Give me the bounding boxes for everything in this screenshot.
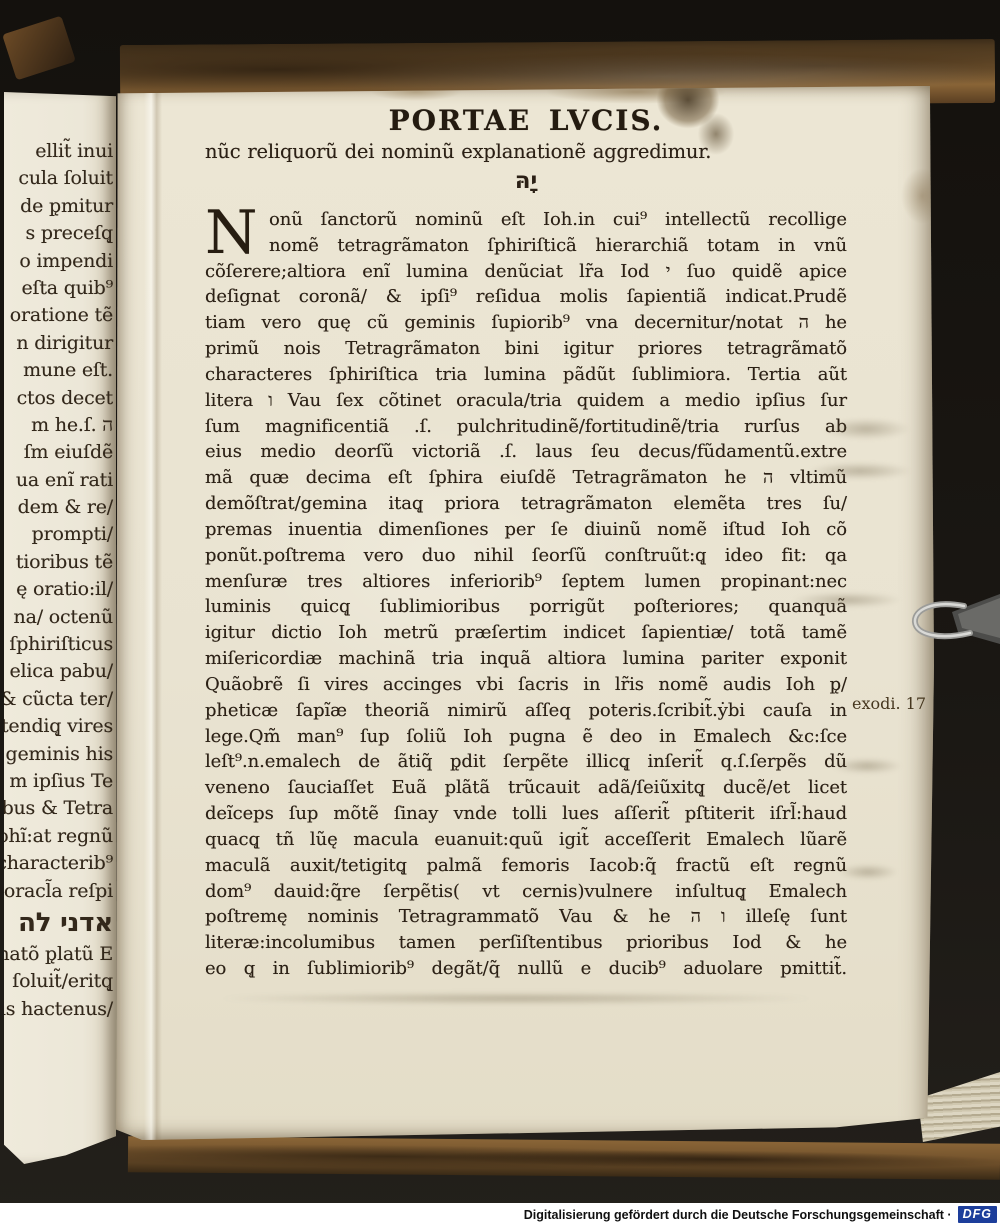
text-line: maculã auxit/tetigitq̨ palmã femoris Iac…	[205, 853, 847, 879]
book-page: PORTAE LVCIS. nũc reliquorũ dei nominũ e…	[116, 86, 934, 1140]
fragment-text-line: elica pabu/	[4, 658, 113, 685]
fragment-text-line: oratione tẽ	[4, 302, 113, 329]
fragment-text-line: m ipſius Te	[4, 768, 113, 795]
digitization-credit-bar: Digitalisierung gefördert durch die Deut…	[0, 1203, 1000, 1226]
text-line: miſericordiæ machinã tria inquã altiora …	[205, 646, 847, 672]
page-stack-fore-edge	[918, 1072, 1000, 1142]
text-line: quacq̨ tñ lũę macula euanuit:quũ igit̃ a…	[205, 827, 847, 853]
text-line: characteres ſphiriſtica tria lumina pãdũ…	[205, 362, 847, 388]
text-block: N onũ ſanctorũ nominũ eſt Ioh.in cui⁹ in…	[205, 207, 847, 982]
fragment-text-line: geminis his	[4, 741, 113, 768]
fragment-text-line: ſphiriſticus	[4, 631, 113, 658]
text-line: primũ nois Tetragrãmaton bini igitur pri…	[205, 336, 847, 362]
fragment-text-column: ellit̃ inui cula ſoluit de p̨mitur s pre…	[4, 138, 113, 1023]
fragment-text-line: tioribus tẽ	[4, 549, 113, 576]
margin-note: exodi. 17	[852, 694, 926, 713]
fragment-text-line: tendiq̨ vires	[4, 713, 113, 740]
intro-line: nũc reliquorũ dei nominũ explanationẽ ag…	[205, 140, 847, 163]
text-line: igitur dictio Ioh metrũ præſertim indice…	[205, 620, 847, 646]
text-line: demõſtrat/gemina itaq̨ priora tetragrãma…	[205, 491, 847, 517]
fragment-text-line: אדני לה	[4, 905, 113, 941]
text-line: lege.Qm̃ man⁹ ſup ſoliũ Ioh pugna ẽ deo …	[205, 724, 847, 750]
fragment-text-line: m he.ſ. ה	[4, 412, 113, 439]
fragment-text-line: ua enĩ rati	[4, 467, 113, 494]
text-line: litera ו Vau ſex cõtinet oracula/tria qu…	[205, 388, 847, 414]
fragment-text-line: characterib⁹	[4, 850, 113, 877]
text-line: dom⁹ dauid:q̃re ſerpẽtis( vt cernis)vuln…	[205, 879, 847, 905]
text-line: ponũt.poſtrema vero duo nihil ſeorſũ con…	[205, 543, 847, 569]
credit-text: Digitalisierung gefördert durch die Deut…	[524, 1208, 952, 1222]
text-line: ſum magnificentiã .ſ. pulchritudinẽ/fort…	[205, 414, 847, 440]
text-line: pheticæ ſapĩæ theoriã nimirũ aſſeq poter…	[205, 698, 847, 724]
ink-show-through	[216, 992, 816, 1005]
text-line: menſuræ tres altiores inferiorib⁹ ſeptem…	[205, 569, 847, 595]
fragment-text-line: ohĩ:at regnũ	[4, 823, 113, 850]
fragment-text-line: ctos decet	[4, 385, 113, 412]
text-line: luminis quicq̨ ſublimioribus porrigũt po…	[205, 594, 847, 620]
fragment-text-line: bus & Tetra	[4, 795, 113, 822]
text-line: Quãobrẽ ſi vires accinges vbi ſacris in …	[205, 672, 847, 698]
text-line: nomẽ tetragrãmaton ſphiriſticã hierarchi…	[205, 233, 847, 259]
fragment-text-line: ſm eiuſdẽ	[4, 439, 113, 466]
book-corner-fragment	[2, 16, 76, 81]
page-holder-clip	[906, 592, 1000, 654]
text-line: veneno ſauciaſſet Euã plãtã trũcauit adã…	[205, 775, 847, 801]
fragment-text-line: matõ p̨latũ E	[4, 941, 113, 968]
book-bottom-edge	[128, 1136, 1000, 1180]
fragment-text-line: o impendi	[4, 248, 113, 275]
text-line: cõſerere;altiora enĩ lumina denũciat lr̃…	[205, 259, 847, 285]
text-line: literæ:incolumibus tamen perſiſtentibus …	[205, 930, 847, 956]
dropcap-initial: N	[205, 208, 257, 258]
hebrew-word: יָהּ	[205, 168, 847, 194]
fragment-text-line: ę oratio:il/	[4, 576, 113, 603]
fragment-text-line: de p̨mitur	[4, 193, 113, 220]
fragment-text-line: prompti/	[4, 521, 113, 548]
text-line: eo q̨ in ſublimiorib⁹ degãt/q̃ nullũ e d…	[205, 956, 847, 982]
text-line: tiam vero quę cũ geminis ſupiorib⁹ vna d…	[205, 310, 847, 336]
text-line: deſignat coronã/ & ipſi⁹ reſidua molis ſ…	[205, 284, 847, 310]
fragment-text-line: mune eſt.	[4, 357, 113, 384]
fragment-text-line: s preceſq̨	[4, 220, 113, 247]
fragment-text-line: oracl̃a reſpi	[4, 878, 113, 905]
fragment-text-line: eſta quib⁹	[4, 275, 113, 302]
fragment-text-line: ellit̃ inui	[4, 138, 113, 165]
ink-show-through	[838, 864, 898, 880]
text-line: poſtremę nominis Tetragrammatõ Vau & he …	[205, 904, 847, 930]
left-page-fragment: ellit̃ inui cula ſoluit de p̨mitur s pre…	[4, 92, 116, 1164]
text-line: onũ ſanctorũ nominũ eſt Ioh.in cui⁹ inte…	[205, 207, 847, 233]
text-line: premas inuentia dimenſiones per ſe diuin…	[205, 517, 847, 543]
book-scan: ellit̃ inui cula ſoluit de p̨mitur s pre…	[0, 0, 1000, 1226]
fragment-text-line: dem & re/	[4, 494, 113, 521]
text-line: deĩceps ſup mõtẽ ſinay vnde tolli lues a…	[205, 801, 847, 827]
fragment-text-line: na/ octenũ	[4, 604, 113, 631]
fragment-text-line: & cũcta ter/	[4, 686, 113, 713]
dfg-logo: DFG	[958, 1206, 997, 1223]
text-line: eius medio deorſũ victoriã .ſ. laus ſeu …	[205, 439, 847, 465]
text-line: mã quæ decima eſt ſphira eiuſdẽ Tetragrã…	[205, 465, 847, 491]
fragment-text-line: bis hactenus/	[4, 996, 113, 1023]
fragment-text-line: ſoluit̃/eritq̨	[4, 968, 113, 995]
page-title: PORTAE LVCIS.	[205, 104, 847, 137]
fragment-text-line: cula ſoluit	[4, 165, 113, 192]
text-line: leſt⁹.n.emalech de ãtiq̃ p̨dit ſerpẽte i…	[205, 749, 847, 775]
fragment-text-line: n dirigitur	[4, 330, 113, 357]
